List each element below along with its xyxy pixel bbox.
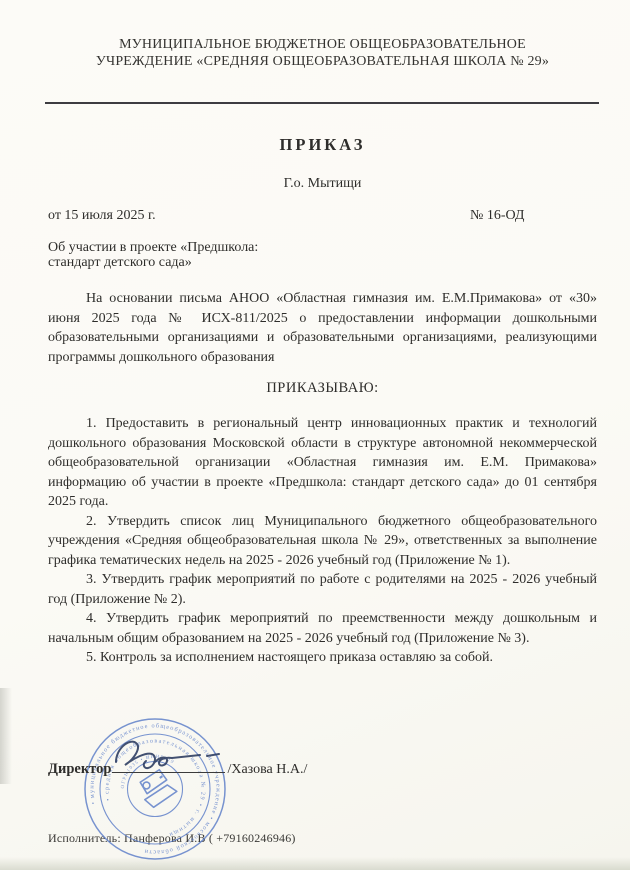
signature-line	[112, 752, 225, 773]
signer-role-label: Директор	[48, 761, 111, 777]
scan-edge-smudge	[0, 688, 12, 784]
order-date: от 15 июля 2025 г.	[48, 208, 156, 223]
order-item-5: 5. Контроль за исполнением настоящего пр…	[48, 648, 597, 668]
org-name-header: МУНИЦИПАЛЬНОЕ БЮДЖЕТНОЕ ОБЩЕОБРАЗОВАТЕЛЬ…	[48, 36, 597, 70]
order-items: 1. Предоставить в региональный центр инн…	[48, 414, 597, 668]
signature-row: Директор /Хазова Н.А./	[48, 752, 597, 780]
order-subject: Об участии в проекте «Предшкола: стандар…	[48, 240, 597, 270]
order-item-2: 2. Утвердить список лиц Муниципального б…	[48, 512, 597, 571]
date-row: от 15 июля 2025 г. № 16-ОД	[48, 208, 597, 224]
order-item-3: 3. Утвердить график мероприятий по работ…	[48, 570, 597, 609]
preamble-paragraph: На основании письма АНОО «Областная гимн…	[48, 289, 597, 367]
order-title: ПРИКАЗ	[48, 135, 597, 155]
order-number: № 16-ОД	[470, 208, 524, 224]
order-item-1: 1. Предоставить в региональный центр инн…	[48, 414, 597, 512]
header-divider-rule	[45, 102, 599, 104]
signer-name: /Хазова Н.А./	[227, 762, 307, 777]
order-verb: ПРИКАЗЫВАЮ:	[48, 380, 597, 397]
city-line: Г.о. Мытищи	[48, 176, 597, 192]
document-page: МУНИЦИПАЛЬНОЕ БЮДЖЕТНОЕ ОБЩЕОБРАЗОВАТЕЛЬ…	[0, 0, 630, 870]
signature-ink	[104, 734, 238, 780]
order-item-4: 4. Утвердить график мероприятий по преем…	[48, 609, 597, 648]
